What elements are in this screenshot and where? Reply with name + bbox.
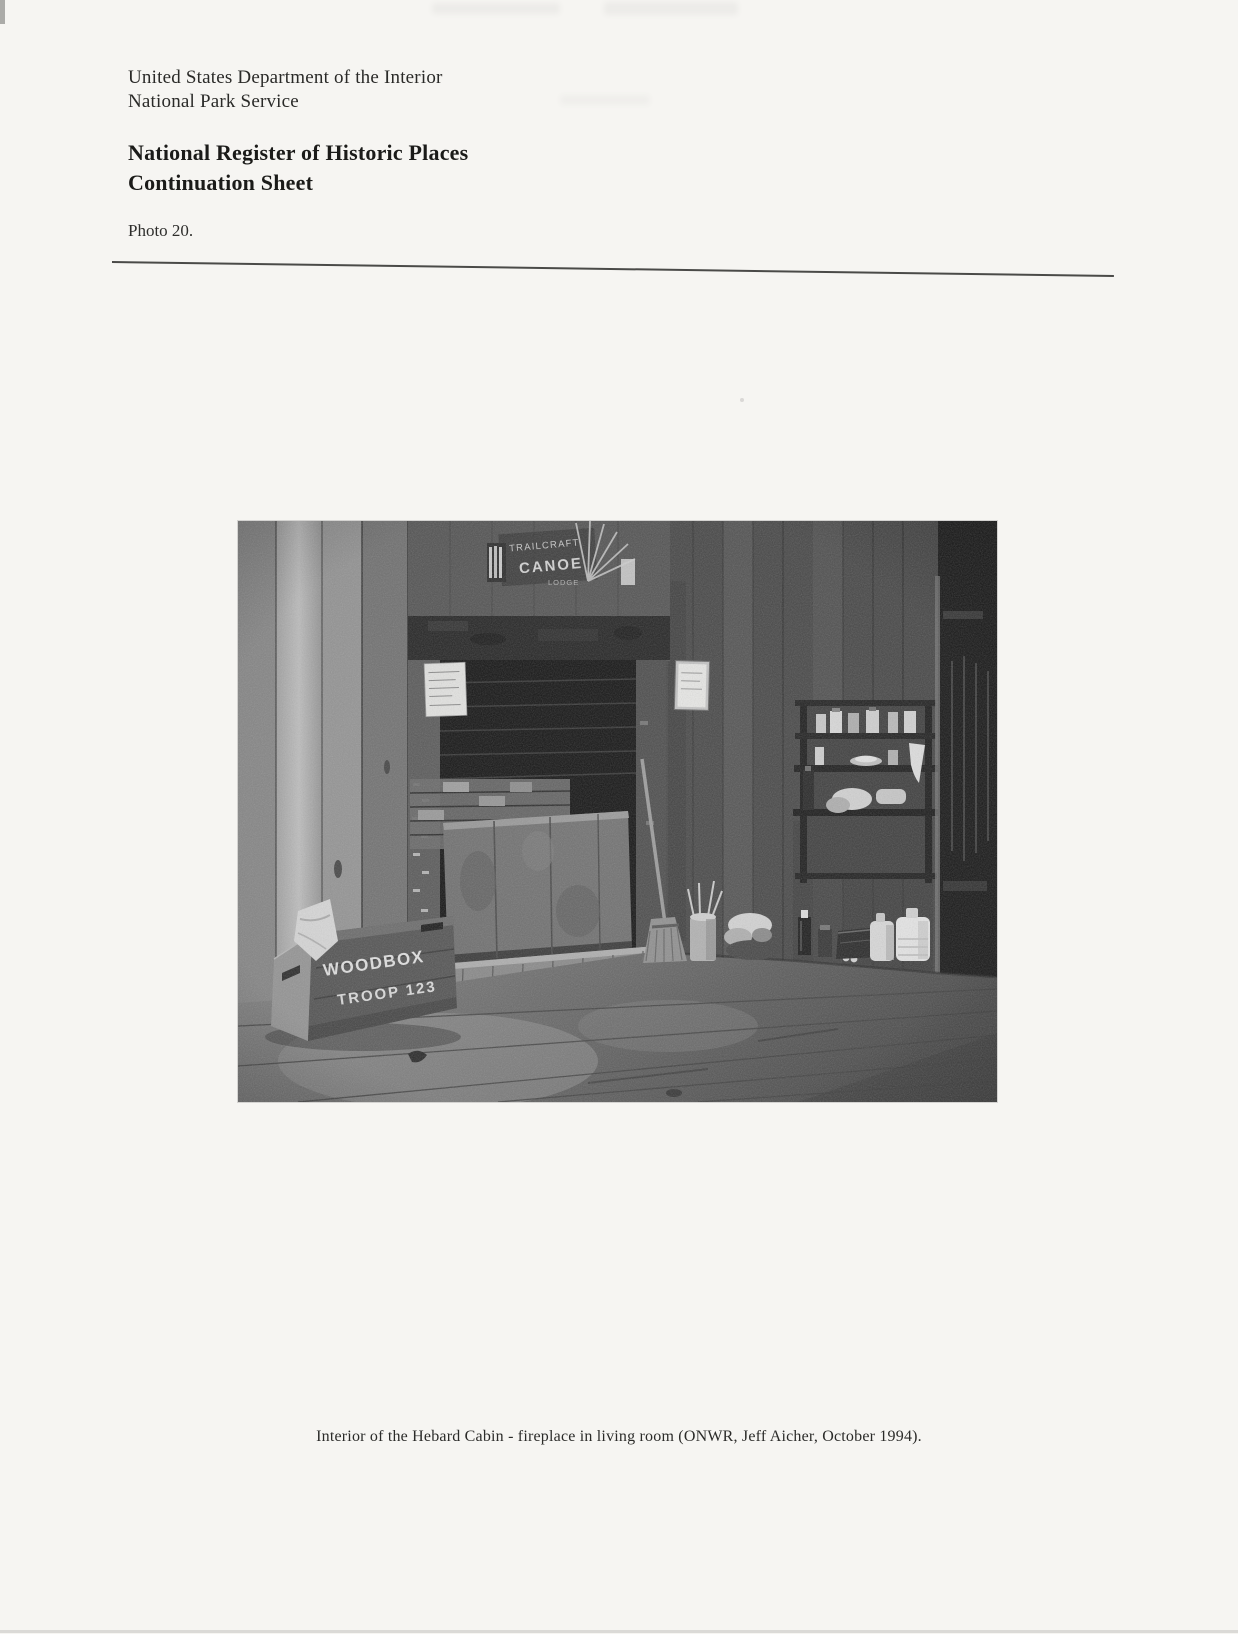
- document-title-line-1: National Register of Historic Places: [128, 138, 468, 168]
- photo-number-label: Photo 20.: [128, 221, 193, 241]
- photo-caption: Interior of the Hebard Cabin - fireplace…: [0, 1428, 1238, 1446]
- horizontal-rule: [112, 261, 1114, 277]
- document-title-line-2: Continuation Sheet: [128, 168, 313, 198]
- scan-ghost-mark: [432, 3, 560, 14]
- paper-speck: [740, 398, 744, 402]
- agency-line-2: National Park Service: [128, 90, 299, 113]
- continuation-sheet-page: United States Department of the Interior…: [0, 0, 1238, 1634]
- scan-edge-artifact: [0, 0, 5, 24]
- photo-illustration: TRAILCRAFT CANOE LODGE: [238, 521, 997, 1102]
- scan-bottom-edge: [0, 1630, 1238, 1633]
- scan-ghost-mark: [604, 2, 738, 15]
- agency-line-1: United States Department of the Interior: [128, 66, 443, 89]
- photo-grain: [238, 521, 997, 1102]
- photograph: TRAILCRAFT CANOE LODGE: [238, 521, 997, 1102]
- scan-ghost-mark: [560, 95, 650, 105]
